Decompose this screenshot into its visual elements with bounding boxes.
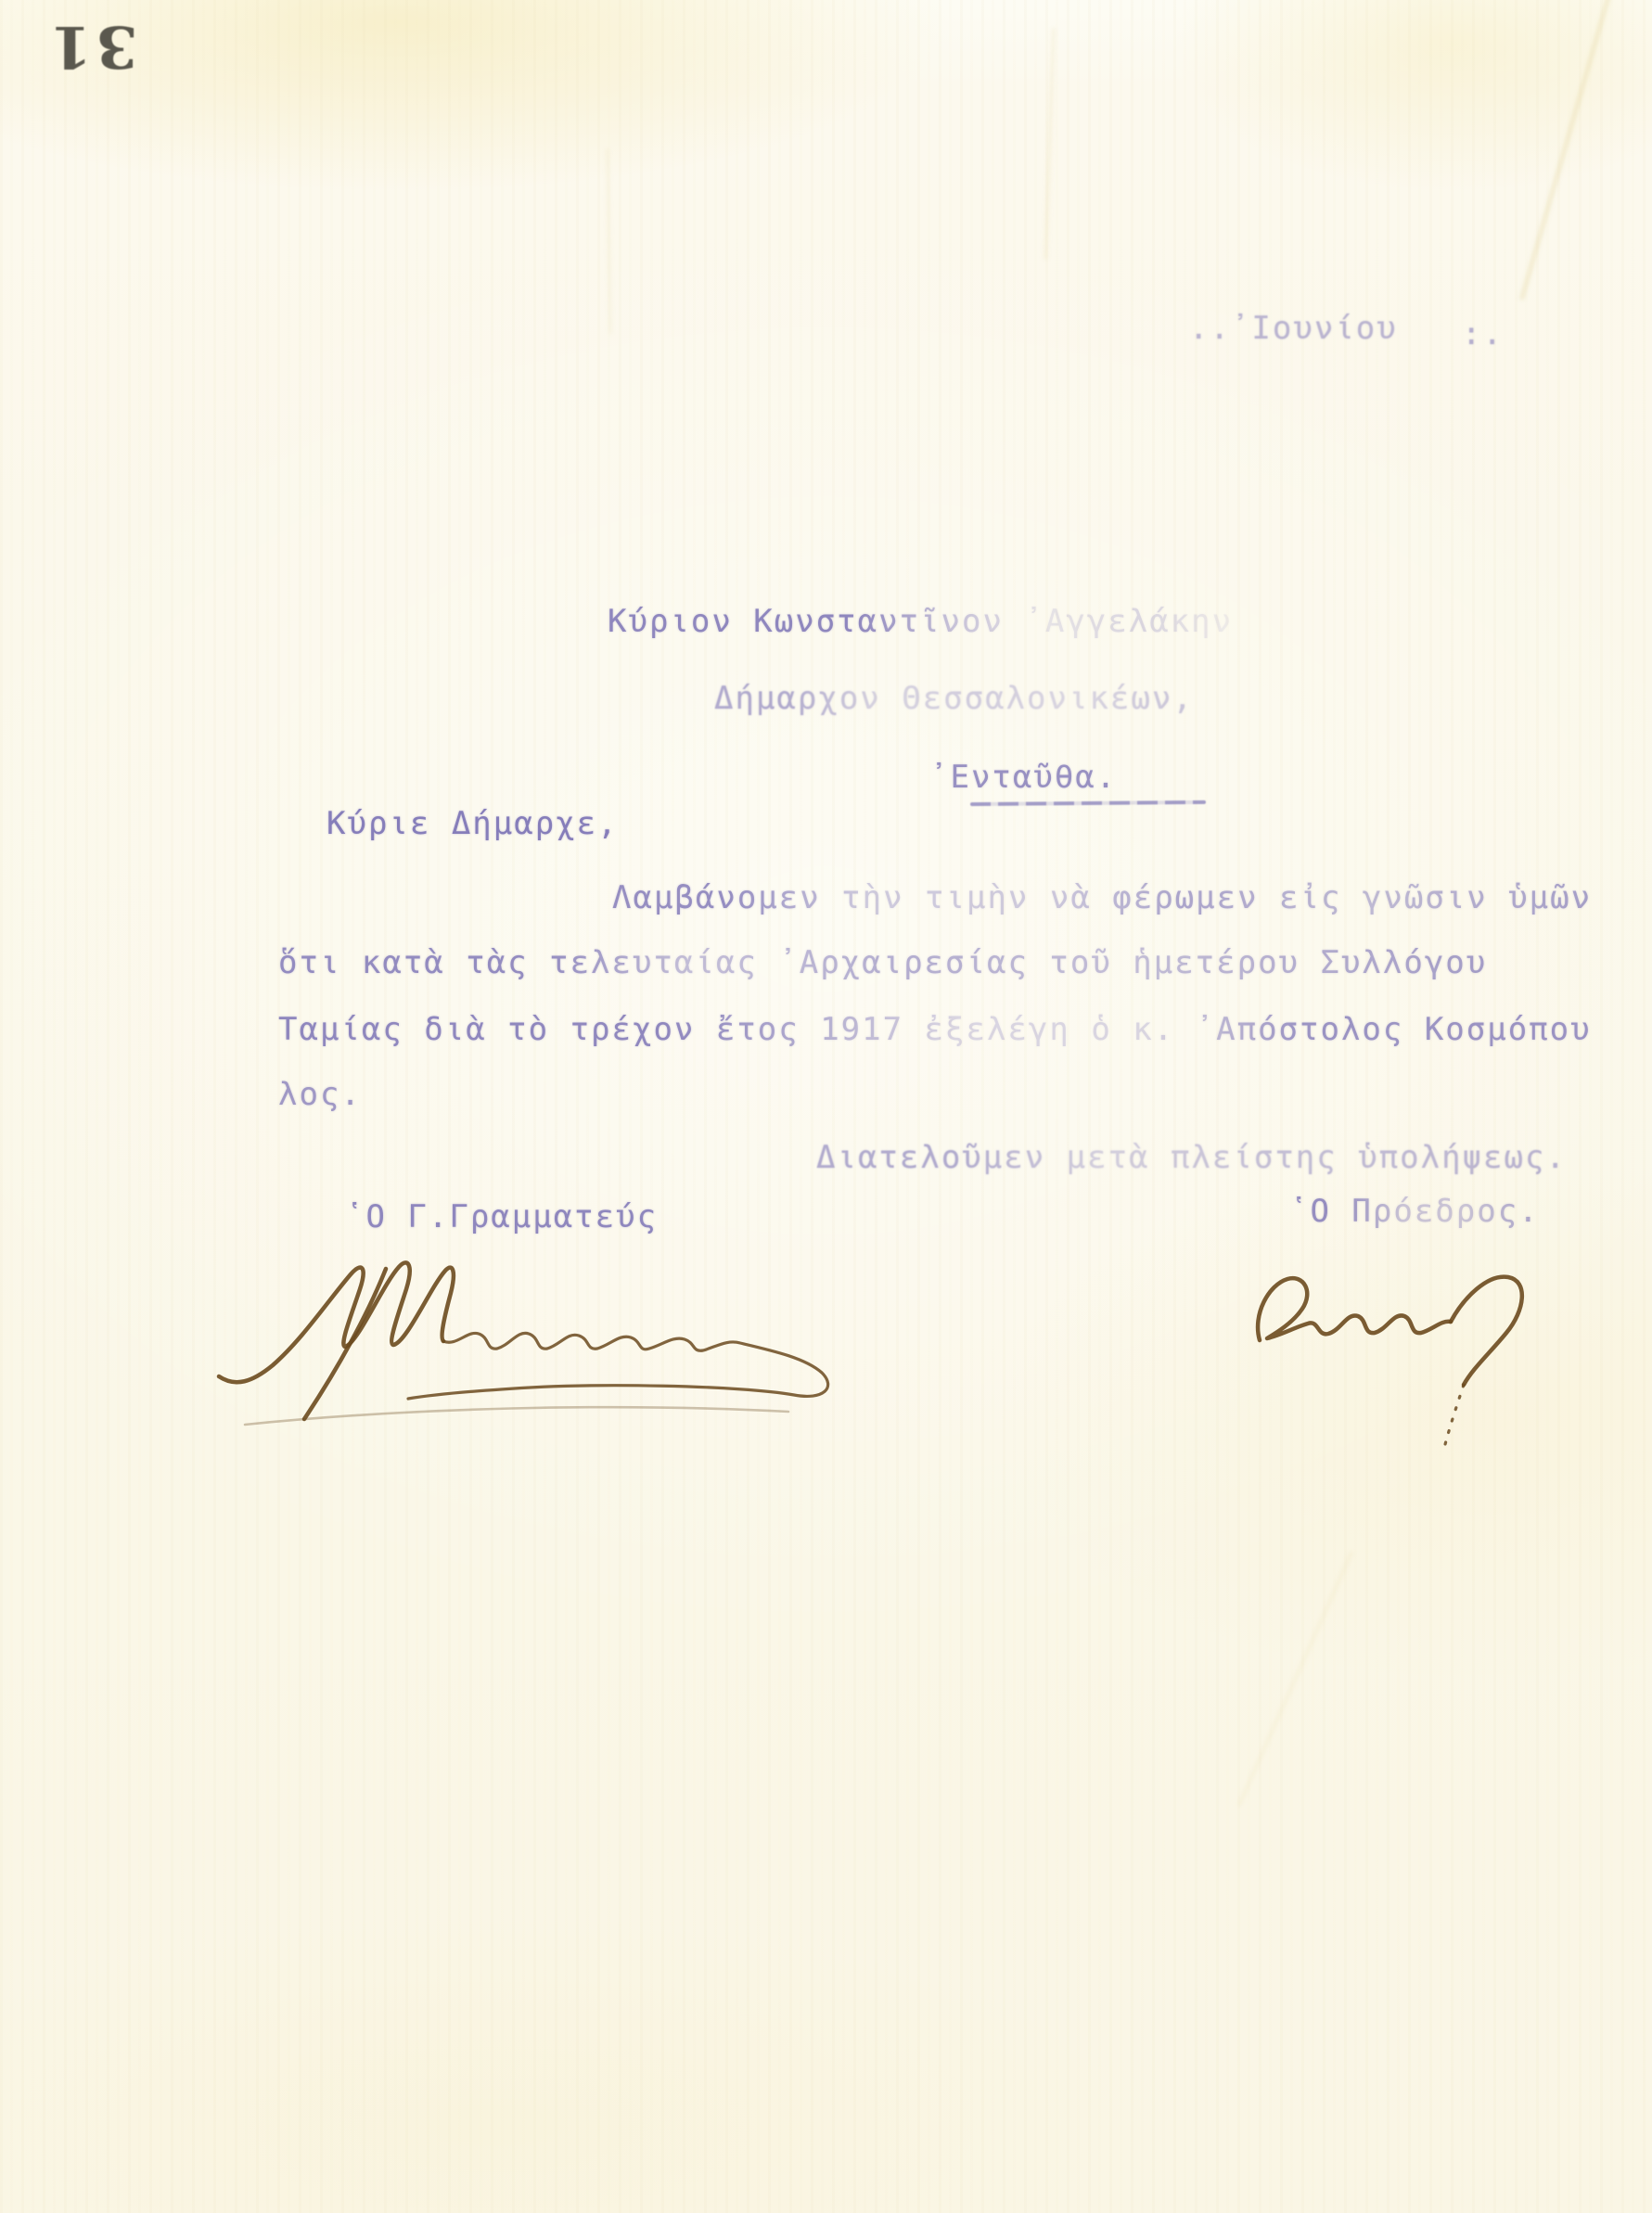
body-line-2: ὅτι κατὰ τὰς τελευταίας ᾽Αρχαιρεσίας τοῦ…: [278, 944, 1487, 981]
salutation: Κύριε Δήμαρχε,: [327, 805, 619, 842]
secretary-signature: [204, 1254, 872, 1449]
date-line: ..᾽Ιουνίου: [1189, 310, 1398, 347]
closing-formula: Διατελοῦμεν μετὰ πλείστης ὑπολήψεως.: [816, 1139, 1567, 1176]
president-title: ῾Ο Πρόεδρος.: [1289, 1193, 1540, 1230]
body-line-1: Λαμβάνομεν τὴν τιμὴν νὰ φέρωμεν εἰς γνῶσ…: [612, 879, 1592, 916]
recipient-city-line: ᾽Ενταῦθα.: [929, 759, 1117, 796]
secretary-title: ῾Ο Γ.Γραμματεύς: [345, 1198, 658, 1235]
president-signature: [1234, 1247, 1549, 1461]
body-line-4: λος.: [278, 1076, 362, 1113]
body-line-3: Ταμίας διὰ τὸ τρέχον ἔτος 1917 ἐξελέγη ὁ…: [278, 1011, 1592, 1048]
recipient-title-line: Δήμαρχον Θεσσαλονικέων,: [714, 680, 1194, 717]
scanned-letter-page: 31 ..᾽Ιουνίου :. Κύριον Κωνσταντῖνον ᾽Αγ…: [0, 0, 1652, 2213]
recipient-name-line: Κύριον Κωνσταντῖνον ᾽Αγγελάκην: [608, 603, 1233, 640]
date-line-dots: :.: [1462, 315, 1504, 352]
archive-number-stamp: 31: [46, 13, 138, 81]
paper-texture: [0, 0, 1652, 2213]
